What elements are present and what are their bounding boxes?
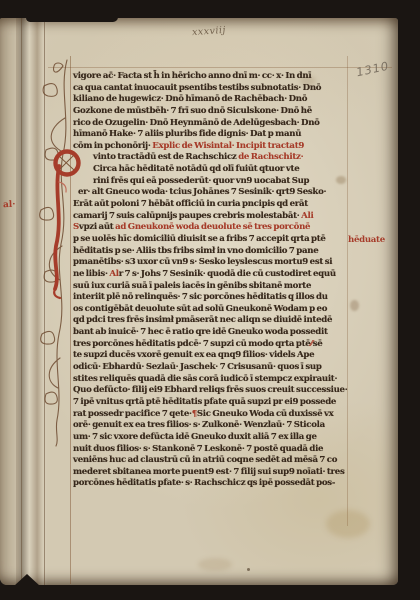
text-line: kiliano de hugewicz· Dnō hīmanō de Rachē… [73,94,359,106]
ink-text: hīmanō Hake· 7 aliis pluribs fide dignis… [73,129,301,139]
folio-number: xxxviij [192,25,227,38]
text-line: porcōnes hēditatis pfate· s· Rachschicz … [73,478,359,490]
ink-text: odicū· Ebhardū· Sezlaū· Jaschek· 7 Crisu… [73,362,322,372]
ink-text: rini frēs qui eā possederūt· quor vn9 uo… [93,176,309,186]
ink-text: rico de Ozugelin· Dnō Heynmānō de Adelūg… [73,118,320,128]
rubric-text: ad Gneukonē woda deuolute sē tres porcōn… [115,222,310,232]
ink-text: interiit plē nō relinquēs· 7 sic porcōne… [73,292,328,302]
ink-text: vinto tractādū est de Rachschicz [93,152,238,162]
ink-text: um· 7 sic vxore defūcta idē Gneuko duxit… [73,432,317,442]
text-line: suū iux curiā suā ī paleis iacēs in gēni… [73,281,359,293]
text-line: hīmanō Hake· 7 aliis pluribs fide dignis… [73,129,359,141]
rubric-text: Ali [301,211,313,221]
text-line: pmanētibs· s3 uxor cū vn9 s· Sesko leysl… [73,257,359,269]
ink-text: te supzi ducēs vxorē genuit ex ea qnq9 f… [73,350,314,360]
text-line: hēditatis p se· Aliis tbs fribs simł in … [73,246,359,258]
text-line: Gozkone de mūstbēh· 7 frī suo dnō Siculs… [73,106,359,118]
text-line: p se uolēs hīc domiciliū diuisit se a fr… [73,234,359,246]
rubric-text: Al [109,269,118,279]
ink-text: hēditatis p se· Aliis tbs fribs simł in … [73,246,318,256]
ink-text: vpzi aūt [79,222,115,232]
ink-text: cōm in pchonōrij· [73,141,152,151]
spine-crease [21,18,22,585]
text-line: mederet sbitanea morte puent9 est· 7 fil… [73,467,359,479]
ink-text: stites reliquēs quadā die sās corā iudic… [73,374,337,384]
ink-text: kiliano de hugewicz· Dnō hīmanō de Rachē… [73,94,307,104]
text-line: Quo defūcto· filij ei9 Ebhard reliqs frē… [73,385,359,397]
text-line: um· 7 sic vxore defūcta idē Gneuko duxit… [73,432,359,444]
ink-text: pmanētibs· s3 uxor cū vn9 s· Sesko leysl… [73,257,332,267]
text-line: Circa hāc hēditatē notādū qd olī fuiūt q… [93,164,359,176]
ink-text: er· alt Gneuco woda· tcius Johānes 7 Ses… [78,187,326,197]
ink-text: veniēns huc ad claustrū cū in atriū coqn… [73,455,337,465]
text-line: qd pdci tres frēs insimł pmāserāt nec al… [73,315,359,327]
page-corner-notch [14,574,40,585]
text-line: rat possedr pacifice 7 qete·¶Sic Gneuko … [73,409,359,421]
margin-note-left: al· [3,200,16,210]
page-number-pencil: 1310 [355,59,390,80]
ink-text: 7 ipē vnitus qrtā ptē hēditatis pfate qu… [73,397,336,407]
ink-text: ca qua cantat inuocauit psentibs testibs… [73,83,321,93]
text-line: vinto tractādū est de Rachschicz de Rach… [93,152,359,164]
text-line: nuit duos filios· s· Stankonē 7 Leskonē·… [73,444,359,456]
ink-text: tres porcōnes hēditatis pdcē· 7 supzi cū… [73,339,310,349]
text-block: vigore ac̄· Facta st h̄ in hēricho anno … [73,71,359,490]
ink-speck [247,568,250,571]
manuscript-page: xxxviij 1310 al· hēduate [0,18,398,585]
rubric-text: Explic de Wisintal· Incipit tractat9 [152,141,304,151]
binding-shadow [26,18,118,22]
text-line: interiit plē nō relinquēs· 7 sic porcōne… [73,292,359,304]
text-line: te supzi ducēs vxorē genuit ex ea qnq9 f… [73,350,359,362]
text-line: cōm in pchonōrij· Explic de Wisintal· In… [73,141,359,153]
rubric-text: de Rachschitz· [238,152,303,162]
ink-text: Circa hāc hēditatē notādū qd olī fuiūt q… [93,164,299,174]
text-line: vigore ac̄· Facta st h̄ in hēricho anno … [73,71,359,83]
ink-text: vigore ac̄· Facta st h̄ in hēricho anno … [73,71,311,81]
text-line: tres porcōnes hēditatis pdcē· 7 supzi cū… [73,339,359,351]
text-line: stites reliquēs quadā die sās corā iudic… [73,374,359,386]
text-line: 7 ipē vnitus qrtā ptē hēditatis pfate qu… [73,397,359,409]
ink-text: mederet sbitanea morte puent9 est· 7 fil… [73,467,344,477]
text-line: ne libis· Alr 7 s· Johs 7 Sesinik· quodā… [73,269,359,281]
text-line: orē· genuit ex ea tres filios· s· Zulkon… [73,420,359,432]
ink-text: os contigēbāt deuolute sūt ad solū Gneuk… [73,304,327,314]
manuscript-photo: xxxviij 1310 al· hēduate [0,0,420,600]
ink-text: camarij 7 suis calūpnijs paupes crebris … [73,211,301,221]
parchment-stain [198,558,232,571]
text-line: bant ab inuicē· 7 hec ē ratio qre idē Gn… [73,327,359,339]
text-line: camarij 7 suis calūpnijs paupes crebris … [73,211,359,223]
ink-text: r 7 s· Johs 7 Sesinik· quodā die cū cust… [119,269,336,279]
text-line: veniēns huc ad claustrū cū in atriū coqn… [73,455,359,467]
ink-text: orē· genuit ex ea tres filios· s· Zulkon… [73,420,325,430]
ink-text: bant ab inuicē· 7 hec ē ratio qre idē Gn… [73,327,328,337]
ink-text: porcōnes hēditatis pfate· s· Rachschicz … [73,478,335,488]
ink-text: suū iux curiā suā ī paleis iacēs in gēni… [73,281,311,291]
ink-text: Gozkone de mūstbēh· 7 frī suo dnō Siculs… [73,106,312,116]
ink-text: Erāt aūt poloni 7 hēbāt officiū in curia… [73,199,308,209]
top-ruling-line [48,67,392,68]
text-line: Erāt aūt poloni 7 hēbāt officiū in curia… [73,199,359,211]
text-line: er· alt Gneuco woda· tcius Johānes 7 Ses… [78,187,359,199]
text-line: os contigēbāt deuolute sūt ad solū Gneuk… [73,304,359,316]
ink-text: nuit duos filios· s· Stankonē 7 Leskonē·… [73,444,323,454]
text-line: rico de Ozugelin· Dnō Heynmānō de Adelūg… [73,118,359,130]
ink-text: rat possedr pacifice 7 qete· [73,409,192,419]
parchment-stain [326,510,370,538]
text-line: Svpzi aūt ad Gneukonē woda deuolute sē t… [73,222,359,234]
text-line: rini frēs qui eā possederūt· quor vn9 uo… [93,176,359,188]
text-line: ca qua cantat inuocauit psentibs testibs… [73,83,359,95]
ink-text: p se uolēs hīc domiciliū diuisit se a fr… [73,234,326,244]
ink-text: qd pdci tres frēs insimł pmāserāt nec al… [73,315,332,325]
ink-text: sē [313,339,323,349]
ink-text: Sic Gneuko Woda cū duxissē vx [197,409,334,419]
ink-text: ne libis· [73,269,109,279]
ink-text: Quo defūcto· filij ei9 Ebhard reliqs frē… [73,385,347,395]
text-line: odicū· Ebhardū· Sezlaū· Jaschek· 7 Crisu… [73,362,359,374]
